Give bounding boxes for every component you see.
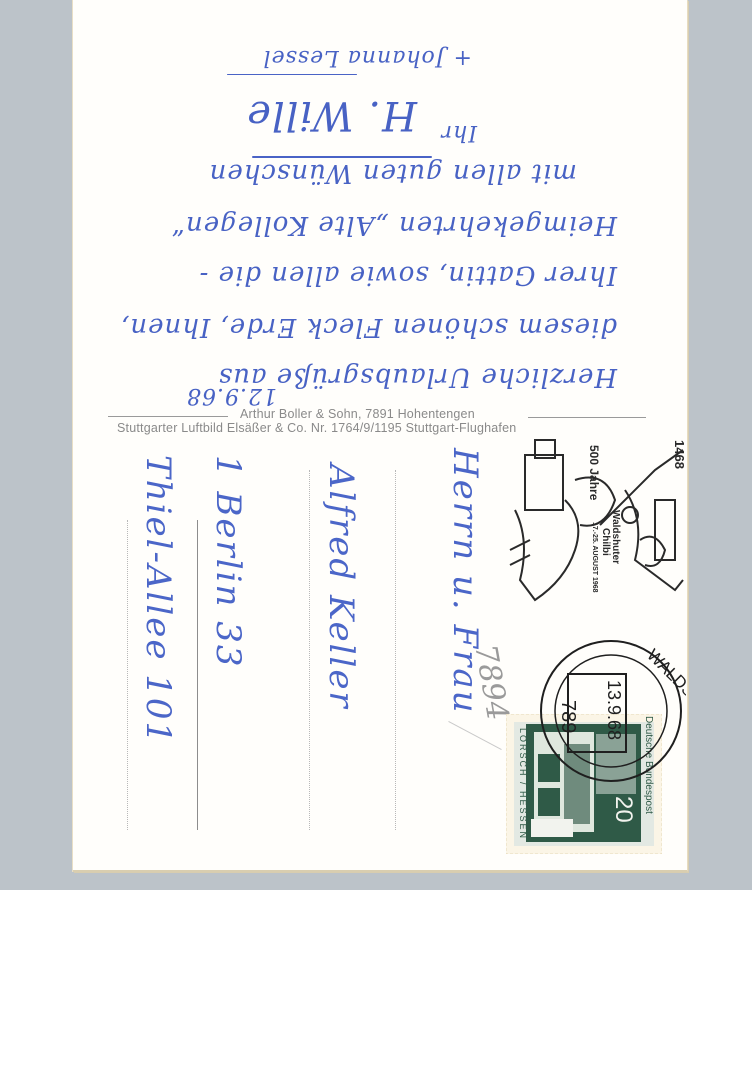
message-line: Ihrer Gattin, sowie allen die -: [199, 260, 617, 290]
postmark-town: WALDSHUT: [643, 645, 686, 725]
signature-underline: [252, 156, 432, 158]
publisher-line-2: Stuttgarter Luftbild Elsäßer & Co. Nr. 1…: [117, 421, 516, 435]
commem-event: Chilbi: [600, 528, 611, 556]
commem-title: 500 Jahre: [587, 445, 601, 501]
divider-rule: [108, 416, 228, 417]
message-date: 12.9.68: [186, 383, 277, 408]
message-line: Herzliche Urlaubsgrüße aus: [218, 362, 617, 392]
address-line: [309, 470, 310, 830]
commem-dates: 17.-25. AUGUST 1968: [591, 522, 598, 593]
handwritten-message: Herzliche Urlaubsgrüße aus diesem schöne…: [73, 0, 687, 400]
address-line: [395, 470, 396, 830]
stamp-place: LORSCH / HESSEN: [518, 728, 528, 840]
signature: H. Wille: [246, 92, 417, 138]
postcard-back: Herzliche Urlaubsgrüße aus diesem schöne…: [73, 0, 688, 872]
divider-line: [197, 520, 198, 830]
postmark-date: 13.9.68: [604, 680, 624, 740]
waldshut-postmark-icon: WALDSHUT 13.9.68 789: [536, 636, 686, 786]
commem-year: 1468: [672, 440, 687, 469]
message-line: Ihr: [441, 120, 477, 145]
postscript: + Johanna Lessel: [263, 45, 473, 70]
divider-rule: [528, 417, 646, 418]
postscript-underline: [227, 74, 357, 75]
postmark-code: 789: [557, 700, 579, 733]
message-line: mit allen guten Wünschen: [209, 158, 577, 188]
stamp-value: 20: [610, 796, 637, 823]
publisher-line-1: Arthur Boller & Sohn, 7891 Hohentengen: [240, 407, 475, 421]
message-line: diesem schönen Fleck Erde, Ihnen,: [120, 312, 617, 342]
address-line-3: 1 Berlin 33: [208, 455, 248, 669]
message-line: Heimgekehrten „Alte Kollegen“: [171, 210, 617, 240]
address-line-4: Thiel-Allee 101: [138, 455, 178, 745]
commemorative-postmark-icon: 500 Jahre 1468 Waldshuter Chilbi 17.-25.…: [505, 430, 688, 610]
address-line: [127, 520, 128, 830]
address-line-2: Alfred Keller: [321, 464, 361, 710]
pencil-stroke: [448, 721, 501, 750]
